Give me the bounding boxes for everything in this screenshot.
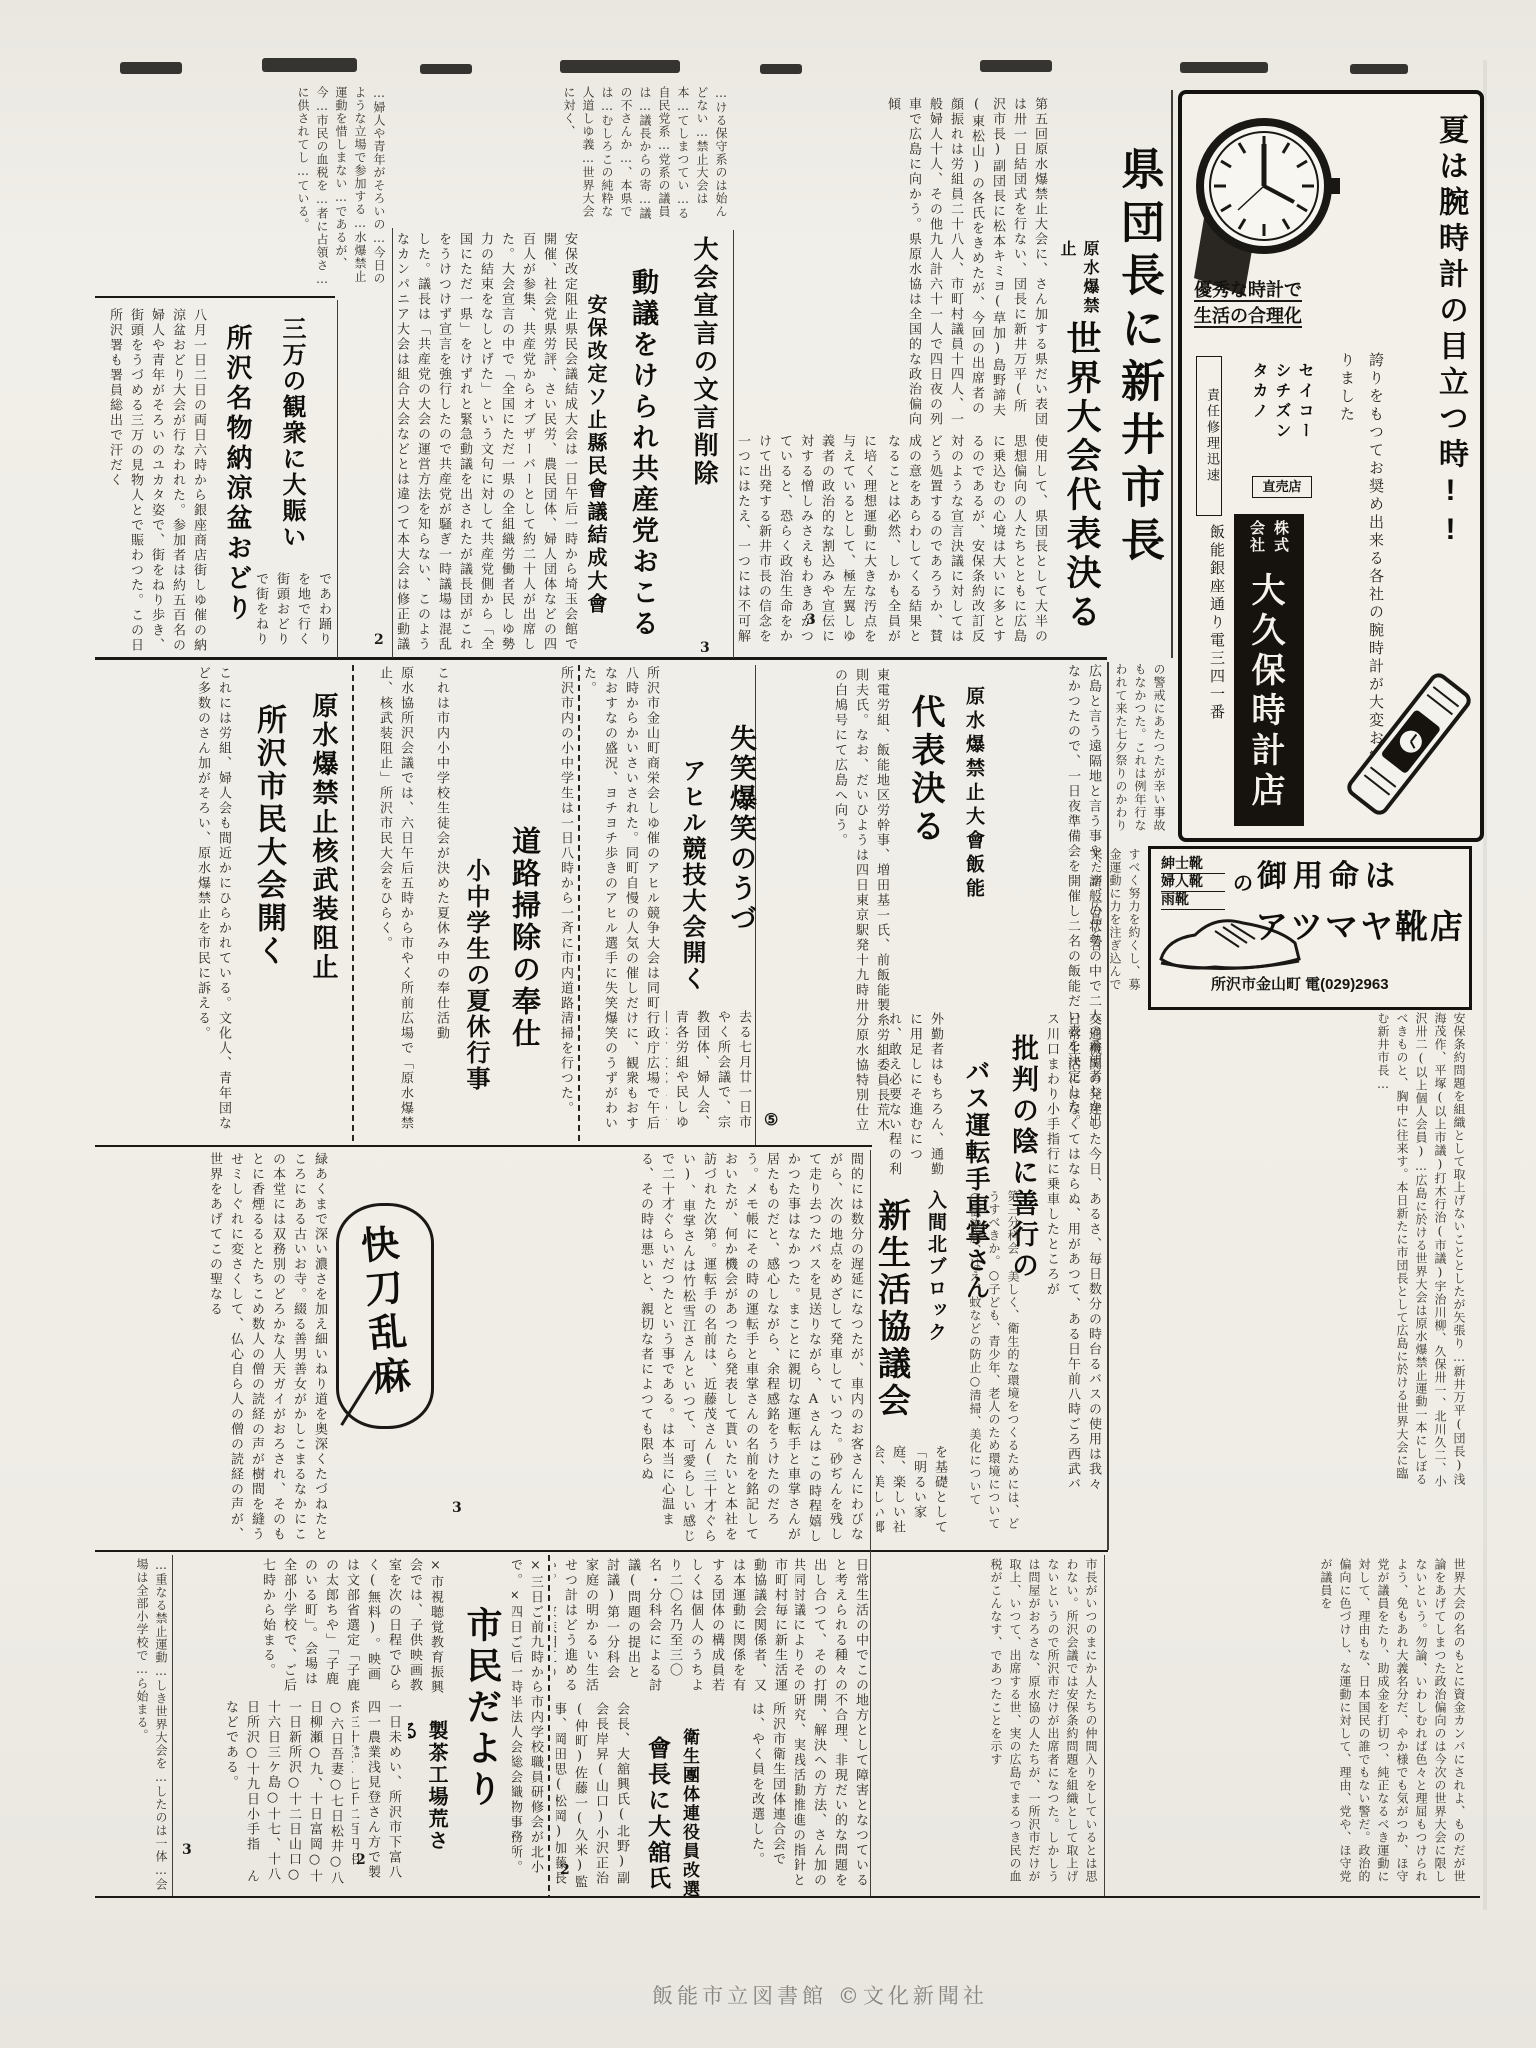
road-article-opening: 所沢市内の小中学生は一日八時から一斉に市内道路清掃を行つた。 [542,666,576,1142]
bus-article-opening: 交通機関の発達した今日、あるさ、毎日数分の時台るバスの使用は我々日常生活にはなく… [1046,1012,1104,1492]
road-body: これは市内小中学校生徒会が決めた夏休み中の奉仕活動 [424,666,452,1142]
main-headline: 県団長に新井市長 [1110,146,1170,624]
watch-brand-citizen: シチズン [1271,362,1293,466]
dayori-headline: 市民だより [452,1606,508,1822]
column-end-mark: 2 [560,1862,570,1878]
watch-ad-direct-sales-label: 直売店 [1252,476,1312,498]
column-end-mark: 3 [182,1842,192,1858]
kaito-ranma-body: 緑あくまで深い濃さを加え細いねり道を奥深くたづねたところにある古いお寺。綴る善男… [98,1152,330,1544]
scan-artifact [1180,62,1268,73]
shimin-taikai-headline: 原水爆禁止核武装阻止 [296,692,342,997]
column-end-mark: 2 [374,632,384,648]
wristwatch-illustration [1186,100,1342,300]
divider [1171,90,1173,658]
continuation-text: …重なる禁止運動…しき世界大会を…したのは一体…会場は全部小学校で…ら始まる。 [98,1558,170,1892]
main-kicker: 原水爆禁止 [1056,240,1102,316]
hanno-headline: 代表決る [896,694,950,869]
eisei-headline: 衛生團体連役員改選 [672,1728,702,1908]
column-end-mark: 3 [700,640,710,656]
shimin-taikai-subheadline: 所沢市民大会開く [240,704,290,996]
watch-brand-seiko: セイコー [1294,362,1316,466]
continuation-text: …婦人や青年がそろいの…今日のような立場で参加する…水爆禁止運動を惜しまない…で… [100,86,388,290]
watch-ad-slogan-line1: 優秀な時計で [1194,280,1302,302]
shimin-taikai-body: これには労組、婦人会も間近かにひらかれている。文化人、青年団など多数のさん加がそ… [98,666,234,1142]
watch-shop-company-prefix: 株式会社 [1248,520,1292,566]
ahiru-headline: 失笑爆笑のうづ [710,724,760,939]
scan-artifact [560,60,680,73]
column-end-mark: 2 [356,1852,366,1868]
eisei-opening: 所沢市衛生団体連合会では、やく員を改選した。 [708,1702,788,1892]
main-body-upper: 第五回原水爆禁止大会に、さん加する県だい表団は卅一日結団式を行ない、団長に新井万… [822,97,1050,427]
divider-wavy [352,665,354,1145]
shimin-taikai-opening: 原水協所沢会議では、六日午后五時から市やく所前広場で「原水爆禁止、核武装阻止」所… [358,666,416,1142]
kengi-subheadline: 安保改定ソ止縣民會議結成大會 [584,294,611,656]
ahiru-body: 所沢市金山町商栄会しゆ催のアヒル競争大会は同町行政庁広場で午后八時からかいさいさ… [584,666,662,1142]
iruma-kicker: 入間北ブロック [916,1190,950,1348]
divider [1107,662,1109,1550]
divider-wavy [548,1555,550,1896]
library-credit: 飯能市立図書館 [652,1984,827,2008]
continuation-text: …ける保守系のは始んどない…禁止大会は本…てしまつてい…る自民党系…党系の議員は… [396,86,730,224]
continuation-text: の警戒にあたつたが幸い事故もなかつた。これは例年行なわれて来た七夕祭りのかわりに… [1110,663,1168,841]
watch-ad-service-note: 責任修理迅速 [1196,356,1222,516]
newspaper-page: 県団長に新井市長 原水爆禁止 世界大会代表決る 第五回原水爆禁止大会に、さん加す… [0,0,1536,2048]
shoe-shop-address: 所沢市金山町 電(029)2963 [1211,973,1463,994]
watch-ad-catchcopy: 夏は腕時計の目立つ時!! [1408,114,1472,679]
column-end-mark: ⑤ [764,1110,778,1129]
iruma-body-a: 日常生活の中でこの地方として障害となつていると考えられる種々の不合理、非現だい的… [795,1558,871,1892]
watch-shop-name: 大久保時計店 [1250,572,1290,822]
divider [337,300,338,658]
ahiru-subheadline: アヒル競技大会開く [666,758,710,1003]
hanno-kicker: 原水爆禁止大會飯能 [952,686,988,1004]
kaito-ranma-cartouche: 快刀乱麻 [336,1203,434,1429]
scan-artifact [262,58,357,72]
watch-shop-address: 飯能銀座通り電三四一番 [1198,524,1228,824]
divider [1104,1555,1105,1896]
column-end-mark: 3 [806,612,816,628]
shoe-ad-catchcopy: 御用命は [1257,851,1461,895]
divider [95,657,1107,660]
iruma-headline: 新生活協議会 [872,1198,916,1436]
scan-artifact [1350,64,1408,74]
divider [172,1555,173,1896]
bus-body-left: 外勤者はもちろん、通勤に用足しにそ進むにつれ、敢え必要ない程の利用 [884,1012,946,1182]
kengi-body: 安保改定阻止県民会議結成大会は一日午后一時から埼玉会館で開催、社会党県労評、さい… [398,232,580,656]
scan-artifact [760,64,802,74]
dayori-opening: ×三日ご前九時から市内学校職員研修会が北小で。×四日ご后一時半法人会総会織物事務… [512,1558,546,1890]
bus-body-band: 間的には数分の遅延になつたが、車内のお客さんにわびながら、次の地点をめざして発車… [448,1152,866,1544]
scan-artifact [420,64,472,74]
scan-streak [1483,60,1487,1910]
publisher-credit: ©文化新聞社 [838,1984,988,2008]
divider [95,1550,1108,1552]
shoe-shop-ad: 紳士靴 婦人靴 雨靴 の 御用命は アツマヤ靴店 所沢市金山町 電(029)29… [1148,846,1472,1010]
scan-artifact [120,62,182,74]
road-headline: 道路掃除の奉仕 [494,826,546,1054]
divider [95,1896,1480,1898]
kengi-headline-1: 大会宣言の文言削除 [664,236,722,492]
bonodori-subheadline: 所沢名物納涼盆おどり [212,324,256,646]
watch-shop-ad: 夏は腕時計の目立つ時!! 優秀な時計で 生活の合理化 誇りをもつてお奨め出来る各… [1178,90,1484,842]
main-body-lower: 使用して、県団長として大半の思想偏向の人たちとともに広島に乗込むの心境は大いに多… [882,434,1050,654]
divider [733,230,734,658]
bonodori-headline: 三万の観衆に大賑い [256,316,310,564]
bonodori-body-2: であわ踊りを地で行く街頭おどりで街をねり歩き [256,572,334,656]
shoe-ad-particle: の [1233,867,1253,896]
hanno-body: 東電労組、飯能地区労幹事、増田基一氏、前飯能製糸労組委員長荒木則夫氏。なお、だい… [758,668,892,1140]
continuation-text: 市長がいつのまにか人たちの仲間入りをしているとは思わない。所沢会議では安保条約問… [880,1558,1100,1892]
ahiru-body-2: 去る七月廿一日市やく所会議で、宗教団体、婦人会、青各労組や民しゆ団体、政党にかけ… [666,1010,754,1142]
watch-shop-name-block: 株式会社 大久保時計店 [1234,514,1304,826]
divider [95,296,335,298]
scan-artifact [980,60,1052,72]
eisei-subheadline: 會長に大舘氏 [638,1736,674,1898]
footer-credit: 飯能市立図書館 ©文化新聞社 [600,1980,1040,2012]
continuation-text: 世界大会の名のもとに資金カンパにされよ、ものだが世論をあげてしまつた政治偏向のは… [1110,1558,1468,1892]
iruma-body-c: 第三分科会 美しく、衛生的な環境をつくるためには、どうすべきか。○子ども、青少年… [956,1190,1022,1542]
divider-wavy [578,665,580,1145]
watch-ad-slogan-line2: 生活の合理化 [1194,306,1302,328]
iruma-body-b: 市町村毎に新生活運動協議会関係者、又は本運動に関係を有する団体の構成員若しくは個… [554,1558,790,1694]
kengi-headline-2: 動議をけられ共産党おこる [612,268,662,660]
watch-ad-slogan: 優秀な時計で 生活の合理化 [1194,276,1344,328]
dayori-dates: ○六日吾妻○七日松井○八日柳瀬○九、十日富岡○十一日新所沢○十二日山口○十六日三… [178,1700,346,1890]
dayori-body: ×市視聴覚教育振興会では、子供映画教室を次の日程でひらく(無料)。映画は文部省選… [178,1558,446,1696]
divider [392,228,393,658]
divider [95,1145,872,1147]
road-subheadline: 小中学生の夏休行事 [452,858,494,1098]
watch-brand-takano: タカノ [1248,362,1270,466]
column-end-mark: 3 [452,1500,462,1516]
shoe-shop-name: アツマヤ靴店 [1255,901,1465,948]
bonodori-body: 八月一日二日の両日六時から銀座商店街しゆ催の納涼盆おどり大会が行なわれた。参加者… [99,308,209,656]
small-watch-illustration [1347,660,1472,828]
main-subheadline: 世界大会代表決る [1046,320,1106,658]
seicha-headline: 製茶工場荒さる [408,1720,452,1872]
continuation-text: 安保条約問題を組織として取上げないこととしたが矢張り…新井万平(団長)浅海茂作、… [1112,1012,1468,1492]
iruma-intro: を基礎として「明るい家庭、楽しい社会、美しい郷土」を建設するために、 [876,1445,950,1545]
